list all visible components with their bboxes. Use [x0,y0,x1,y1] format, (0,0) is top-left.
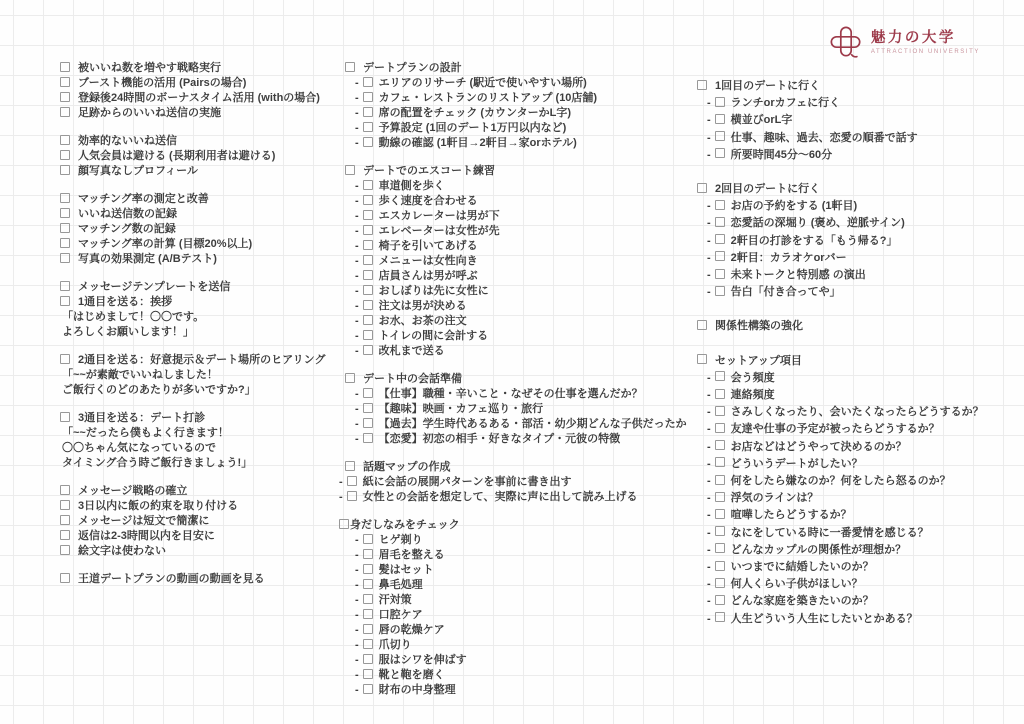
dash-bullet: - [707,423,711,435]
checkbox-icon [715,131,725,141]
item-label: 返信は2-3時間以内を目安に [78,530,215,542]
item-label: 何人くらい子供がほしい？ [731,578,863,590]
checklist-item: デートでのエスコート練習 [343,164,687,179]
checklist-section: 身だしなみをチェック-ヒゲ剃り-眉毛を整える-髪はセット-鼻毛処理-汗対策-口腔… [343,518,687,698]
item-label: お水、お茶の注文 [379,315,467,327]
checkbox-icon [715,475,725,485]
clover-cross-icon [829,25,863,59]
dash-bullet: - [355,564,359,576]
checklist-section: メッセージ戦略の確立3日以内に飯の約束を取り付けるメッセージは短文で簡潔に返信は… [58,484,325,559]
sub-checklist-item: -お店などはどうやって決めるのか？ [695,439,984,456]
checkbox-icon [60,150,70,160]
checklist-item: 話題マップの作成 [343,460,687,475]
dash-bullet: - [339,491,343,503]
item-label: 仕事、趣味、過去、恋愛の順番で話す [731,132,918,144]
checklist-section: 1回目のデートに行く-ランチorカフェに行く-横並びorL字-仕事、趣味、過去、… [695,78,984,164]
item-label: 椅子を引いてあげる [379,240,478,252]
dash-bullet: - [355,122,359,134]
checklist-section: デート中の会話準備-【仕事】職種・辛いこと・なぜその仕事を選んだか？-【趣味】映… [343,372,687,447]
checkbox-icon [715,526,725,536]
checkbox-icon [363,639,373,649]
checkbox-icon [363,285,373,295]
item-label: 髪はセット [379,564,434,576]
item-label: ランチorカフェに行く [731,97,840,109]
item-label: 効率的ないいね送信 [78,135,177,147]
sub-checklist-item: -財布の中身整理 [343,683,687,698]
quote-line: 「~~だったら僕もよく行きます！ [58,426,325,441]
item-label: 財布の中身整理 [379,684,456,696]
checklist-document: 魅力の大学 ATTRACTION UNIVERSITY 被いいね数を増やす戦略実… [0,0,1024,724]
sub-checklist-item: -動線の確認 (1軒目→2軒目→家orホテル) [343,136,687,151]
item-label: 話題マップの作成 [363,461,451,473]
dash-bullet: - [707,578,711,590]
item-label: おしぼりは先に女性に [379,285,489,297]
checkbox-icon [697,183,707,193]
item-label: 身だしなみをチェック [350,519,460,531]
checkbox-icon [363,255,373,265]
dash-bullet: - [707,458,711,470]
checkbox-icon [60,223,70,233]
dash-bullet: - [355,107,359,119]
sub-checklist-item: -予算設定 (1回のデート1万円以内など) [343,121,687,136]
checklist-item: ブースト機能の活用 (Pairsの場合) [58,76,325,91]
sub-checklist-item: -汗対策 [343,593,687,608]
dash-bullet: - [707,269,711,281]
checkbox-icon [715,406,725,416]
item-label: 「~~が素敵でいいねしました！ [62,369,218,381]
checklist-item: デート中の会話準備 [343,372,687,387]
checkbox-icon [345,62,355,72]
item-label: 告白「付き合ってや」 [731,286,841,298]
dash-bullet: - [355,330,359,342]
checklist-section: 話題マップの作成-紙に会話の展開パターンを事前に書き出す-女性との会話を想定して… [343,460,687,505]
checklist-section: 被いいね数を増やす戦略実行ブースト機能の活用 (Pairsの場合)登録後24時間… [58,61,325,121]
checkbox-icon [363,418,373,428]
item-label: 眉毛を整える [379,549,445,561]
checklist-section: 2回目のデートに行く-お店の予約をする (1軒目)-恋愛話の深堀り (褒め、逆脈… [695,181,984,301]
checkbox-icon [60,238,70,248]
item-label: 爪切り [379,639,412,651]
checkbox-icon [363,654,373,664]
item-label: 2通目を送る：好意提示＆デート場所のヒアリング [78,354,325,366]
checkbox-icon [345,373,355,383]
checklist-section: デートプランの設計-エリアのリサーチ (駅近で使いやすい場所)-カフェ・レストラ… [343,61,687,151]
item-label: 写真の効果測定 (A/Bテスト) [78,253,217,265]
dash-bullet: - [355,92,359,104]
item-label: 口腔ケア [379,609,423,621]
sub-checklist-item: -トイレの間に会計する [343,329,687,344]
dash-bullet: - [707,544,711,556]
dash-bullet: - [355,300,359,312]
checklist-item: 2回目のデートに行く [695,181,984,198]
item-label: マッチング率の測定と改善 [78,193,209,205]
checklist-item: 効率的ないいね送信 [58,134,325,149]
sub-checklist-item: -歩く速度を合わせる [343,194,687,209]
checklist-item: 足跡からのいいね送信の実施 [58,106,325,121]
item-label: 車道側を歩く [379,180,445,192]
sub-checklist-item: -未来トークと特別感 の演出 [695,267,984,284]
item-label: さみしくなったり、会いたくなったらどうするか？ [731,406,984,418]
brand-logo: 魅力の大学 ATTRACTION UNIVERSITY [829,25,980,59]
dash-bullet: - [355,669,359,681]
sub-checklist-item: -椅子を引いてあげる [343,239,687,254]
checkbox-icon [363,579,373,589]
dash-bullet: - [355,403,359,415]
sub-checklist-item: -仕事、趣味、過去、恋愛の順番で話す [695,130,984,147]
checkbox-icon [60,485,70,495]
item-label: 3通目を送る：デート打診 [78,412,205,424]
logo-subtitle: ATTRACTION UNIVERSITY [871,49,980,55]
item-label: 【趣味】映画・カフェ巡り・旅行 [379,403,543,415]
checkbox-icon [715,457,725,467]
item-label: どういうデートがしたい？ [731,458,863,470]
dash-bullet: - [339,476,343,488]
sub-checklist-item: -髪はセット [343,563,687,578]
checkbox-icon [715,251,725,261]
checkbox-icon [363,107,373,117]
checklist-item: 1通目を送る：挨拶 [58,295,325,310]
item-label: エリアのリサーチ (駅近で使いやすい場所) [379,77,587,89]
checkbox-icon [60,193,70,203]
item-label: なにをしている時に一番愛情を感じる？ [731,527,929,539]
dash-bullet: - [355,534,359,546]
sub-checklist-item: -エレベーターは女性が先 [343,224,687,239]
dash-bullet: - [707,389,711,401]
sub-checklist-item: -どんな家庭を築きたいのか？ [695,593,984,610]
dash-bullet: - [355,240,359,252]
sub-checklist-item: -【過去】学生時代あるある・部活・幼少期どんな子供だったか [343,417,687,432]
dash-bullet: - [355,609,359,621]
dash-bullet: - [355,195,359,207]
checkbox-icon [363,669,373,679]
checkbox-icon [347,491,357,501]
item-label: 王道デートプランの動画の動画を見る [78,573,265,585]
dash-bullet: - [355,624,359,636]
dash-bullet: - [355,388,359,400]
item-label: メッセージは短文で簡潔に [78,515,209,527]
sub-checklist-item: -紙に会話の展開パターンを事前に書き出す [343,475,687,490]
item-label: 登録後24時間のボーナスタイム活用 (withの場合) [78,92,320,104]
item-label: 足跡からのいいね送信の実施 [78,107,221,119]
dash-bullet: - [355,225,359,237]
item-label: 何をしたら嫌なのか？何をしたら怒るのか？ [731,475,951,487]
item-label: エスカレーターは男が下 [379,210,500,222]
checkbox-icon [363,195,373,205]
item-label: 1回目のデートに行く [715,80,820,92]
checklist-item: マッチング率の測定と改善 [58,192,325,207]
sub-checklist-item: -人生どういう人生にしたいとかある？ [695,611,984,628]
checkbox-icon [60,281,70,291]
item-label: どんな家庭を築きたいのか？ [731,595,874,607]
checkbox-icon [715,543,725,553]
checkbox-icon [715,286,725,296]
checklist-item: 絵文字は使わない [58,544,325,559]
sub-checklist-item: -口腔ケア [343,608,687,623]
item-label: 顔写真なしプロフィール [78,165,198,177]
sub-checklist-item: -【趣味】映画・カフェ巡り・旅行 [343,402,687,417]
item-label: 【恋愛】初恋の相手・好きなタイプ・元彼の特徴 [379,433,620,445]
checkbox-icon [697,354,707,364]
checklist-section: 3通目を送る：デート打診「~~だったら僕もよく行きます！〇〇ちゃん気になっている… [58,411,325,471]
item-label: いつまでに結婚したいのか？ [731,561,874,573]
sub-checklist-item: -どういうデートがしたい？ [695,456,984,473]
item-label: 関係性構築の強化 [715,320,803,332]
checkbox-icon [60,77,70,87]
checkbox-icon [363,330,373,340]
checkbox-icon [363,137,373,147]
item-label: ブースト機能の活用 (Pairsの場合) [78,77,246,89]
checkbox-icon [363,210,373,220]
checkbox-icon [60,253,70,263]
dash-bullet: - [707,441,711,453]
dash-bullet: - [355,285,359,297]
checkbox-icon [363,300,373,310]
sub-checklist-item: -エリアのリサーチ (駅近で使いやすい場所) [343,76,687,91]
item-label: 人生どういう人生にしたいとかある？ [731,613,918,625]
item-label: 鼻毛処理 [379,579,423,591]
quote-line: よろしくお願いします！」 [58,325,325,340]
checkbox-icon [715,423,725,433]
checkbox-icon [60,92,70,102]
checkbox-icon [363,345,373,355]
dash-bullet: - [355,418,359,430]
sub-checklist-item: -告白「付き合ってや」 [695,284,984,301]
item-label: 被いいね数を増やす戦略実行 [78,62,221,74]
item-label: 「はじめまして！〇〇です。 [62,311,204,323]
checkbox-icon [60,135,70,145]
dash-bullet: - [707,509,711,521]
sub-checklist-item: -お店の予約をする (1軒目) [695,198,984,215]
checkbox-icon [347,476,357,486]
quote-line: タイミング合う時ご飯行きましょう!」 [58,456,325,471]
dash-bullet: - [355,594,359,606]
checklist-item: 被いいね数を増やす戦略実行 [58,61,325,76]
checklist-item: マッチング数の記録 [58,222,325,237]
checklist-item: 返信は2-3時間以内を目安に [58,529,325,544]
quote-line: 〇〇ちゃん気になっているので [58,441,325,456]
item-label: マッチング数の記録 [78,223,176,235]
sub-checklist-item: -喧嘩したらどうするか？ [695,507,984,524]
sub-checklist-item: -所要時間45分〜60分 [695,147,984,164]
dash-bullet: - [355,315,359,327]
checklist-item: 王道デートプランの動画の動画を見る [58,572,325,587]
dash-bullet: - [355,255,359,267]
item-label: 所要時間45分〜60分 [731,149,832,161]
sub-checklist-item: -2軒目の打診をする「もう帰る?」 [695,233,984,250]
checkbox-icon [715,114,725,124]
sub-checklist-item: -席の配置をチェック (カウンターかL字) [343,106,687,121]
dash-bullet: - [355,639,359,651]
quote-line: 「はじめまして！〇〇です。 [58,310,325,325]
item-label: 〇〇ちゃん気になっているので [62,442,216,454]
item-label: 服はシワを伸ばす [379,654,467,666]
checklist-section: デートでのエスコート練習-車道側を歩く-歩く速度を合わせる-エスカレーターは男が… [343,164,687,359]
sub-checklist-item: -注文は男が決める [343,299,687,314]
item-label: トイレの間に会計する [379,330,488,342]
dash-bullet: - [355,180,359,192]
checkbox-icon [60,296,70,306]
checkbox-icon [60,500,70,510]
checkbox-icon [363,77,373,87]
checklist-column-2: デートプランの設計-エリアのリサーチ (駅近で使いやすい場所)-カフェ・レストラ… [343,61,687,698]
item-label: 【仕事】職種・辛いこと・なぜその仕事を選んだか？ [379,388,643,400]
checklist-item: 登録後24時間のボーナスタイム活用 (withの場合) [58,91,325,106]
dash-bullet: - [707,217,711,229]
dash-bullet: - [707,149,711,161]
checkbox-icon [715,371,725,381]
dash-bullet: - [355,579,359,591]
item-label: メッセージテンプレートを送信 [78,281,230,293]
checkbox-icon [363,564,373,574]
checkbox-icon [715,578,725,588]
dash-bullet: - [355,345,359,357]
checklist-section: 2通目を送る：好意提示＆デート場所のヒアリング「~~が素敵でいいねしました！ご飯… [58,353,325,398]
checklist-item: メッセージ戦略の確立 [58,484,325,499]
sub-checklist-item: -何人くらい子供がほしい？ [695,576,984,593]
checklist-item: いいね送信数の記録 [58,207,325,222]
sub-checklist-item: -車道側を歩く [343,179,687,194]
sub-checklist-item: -唇の乾燥ケア [343,623,687,638]
checkbox-icon [339,519,349,529]
checkbox-icon [715,217,725,227]
sub-checklist-item: -エスカレーターは男が下 [343,209,687,224]
item-label: 浮気のラインは？ [731,492,819,504]
checkbox-icon [363,92,373,102]
item-label: 歩く速度を合わせる [379,195,478,207]
dash-bullet: - [355,433,359,445]
item-label: 2軒目：カラオケorバー [731,252,847,264]
checkbox-icon [697,80,707,90]
checkbox-icon [715,561,725,571]
checkbox-icon [363,549,373,559]
checkbox-icon [715,234,725,244]
checkbox-icon [345,165,355,175]
item-label: 会う頻度 [731,372,775,384]
item-label: 2軒目の打診をする「もう帰る?」 [731,235,898,247]
checklist-section: 関係性構築の強化 [695,318,984,335]
checkbox-icon [715,612,725,622]
checkbox-icon [715,492,725,502]
item-label: 3日以内に飯の約束を取り付ける [78,500,238,512]
sub-checklist-item: -店員さんは男が呼ぶ [343,269,687,284]
item-label: お店の予約をする (1軒目) [731,200,858,212]
dash-bullet: - [707,561,711,573]
checklist-section: メッセージテンプレートを送信1通目を送る：挨拶「はじめまして！〇〇です。よろしく… [58,280,325,340]
dash-bullet: - [355,654,359,666]
checklist-item: メッセージテンプレートを送信 [58,280,325,295]
item-label: カフェ・レストランのリストアップ (10店舗) [379,92,597,104]
item-label: 喧嘩したらどうするか？ [731,509,852,521]
sub-checklist-item: -【仕事】職種・辛いこと・なぜその仕事を選んだか？ [343,387,687,402]
checkbox-icon [60,573,70,583]
checkbox-icon [363,684,373,694]
checkbox-icon [697,320,707,330]
checklist-section: マッチング率の測定と改善いいね送信数の記録マッチング数の記録マッチング率の計算 … [58,192,325,267]
dash-bullet: - [355,684,359,696]
logo-title: 魅力の大学 [871,30,980,46]
checklist-section: セットアップ項目-会う頻度-連絡頻度-さみしくなったり、会いたくなったらどうする… [695,353,984,628]
dash-bullet: - [707,200,711,212]
item-label: メニューは女性向き [379,255,478,267]
item-label: ヒゲ剃り [379,534,423,546]
checkbox-icon [715,389,725,399]
item-label: 「~~だったら僕もよく行きます！ [62,427,229,439]
item-label: 予算設定 (1回のデート1万円以内など) [379,122,567,134]
item-label: 横並びorL字 [731,114,793,126]
sub-checklist-item: -どんなカップルの関係性が理想か？ [695,542,984,559]
quote-line: ご飯行くのどのあたりが多いですか?」 [58,383,325,398]
checkbox-icon [60,530,70,540]
item-label: 汗対策 [379,594,412,606]
checklist-column-1: 被いいね数を増やす戦略実行ブースト機能の活用 (Pairsの場合)登録後24時間… [58,61,325,587]
item-label: 【過去】学生時代あるある・部活・幼少期どんな子供だったか [379,418,687,430]
checkbox-icon [715,509,725,519]
item-label: 紙に会話の展開パターンを事前に書き出す [363,476,572,488]
dash-bullet: - [707,252,711,264]
sub-checklist-item: -女性との会話を想定して、実際に声に出して読み上げる [343,490,687,505]
checklist-item: マッチング率の計算 (目標20%以上) [58,237,325,252]
item-label: 女性との会話を想定して、実際に声に出して読み上げる [363,491,638,503]
checkbox-icon [60,545,70,555]
sub-checklist-item: -横並びorL字 [695,112,984,129]
item-label: デート中の会話準備 [363,373,462,385]
dash-bullet: - [707,406,711,418]
checkbox-icon [60,107,70,117]
item-label: マッチング率の計算 (目標20%以上) [78,238,252,250]
sub-checklist-item: -靴と鞄を磨く [343,668,687,683]
item-label: セットアップ項目 [715,355,802,367]
sub-checklist-item: -ランチorカフェに行く [695,95,984,112]
item-label: 改札まで送る [379,345,445,357]
checkbox-icon [363,315,373,325]
item-label: どんなカップルの関係性が理想か？ [731,544,906,556]
item-label: 未来トークと特別感 の演出 [731,269,866,281]
item-label: エレベーターは女性が先 [379,225,500,237]
sub-checklist-item: -ヒゲ剃り [343,533,687,548]
checkbox-icon [363,433,373,443]
dash-bullet: - [355,137,359,149]
sub-checklist-item: -爪切り [343,638,687,653]
checkbox-icon [363,240,373,250]
sub-checklist-item: -改札まで送る [343,344,687,359]
checkbox-icon [60,515,70,525]
sub-checklist-item: -恋愛話の深堀り (褒め、逆脈サイン) [695,215,984,232]
checkbox-icon [363,122,373,132]
sub-checklist-item: -眉毛を整える [343,548,687,563]
dash-bullet: - [707,235,711,247]
dash-bullet: - [355,210,359,222]
checklist-item: 3通目を送る：デート打診 [58,411,325,426]
checkbox-icon [715,269,725,279]
checkbox-icon [363,180,373,190]
dash-bullet: - [707,114,711,126]
checklist-item: デートプランの設計 [343,61,687,76]
item-label: 連絡頻度 [731,389,775,401]
dash-bullet: - [707,613,711,625]
checklist-item: 人気会員は避ける (長期利用者は避ける) [58,149,325,164]
item-label: 靴と鞄を磨く [379,669,445,681]
sub-checklist-item: -鼻毛処理 [343,578,687,593]
checklist-section: 王道デートプランの動画の動画を見る [58,572,325,587]
checklist-item: セットアップ項目 [695,353,984,370]
checkbox-icon [715,595,725,605]
logo-text-block: 魅力の大学 ATTRACTION UNIVERSITY [871,30,980,55]
checkbox-icon [60,208,70,218]
checkbox-icon [363,403,373,413]
checkbox-icon [363,388,373,398]
checkbox-icon [60,62,70,72]
sub-checklist-item: -服はシワを伸ばす [343,653,687,668]
